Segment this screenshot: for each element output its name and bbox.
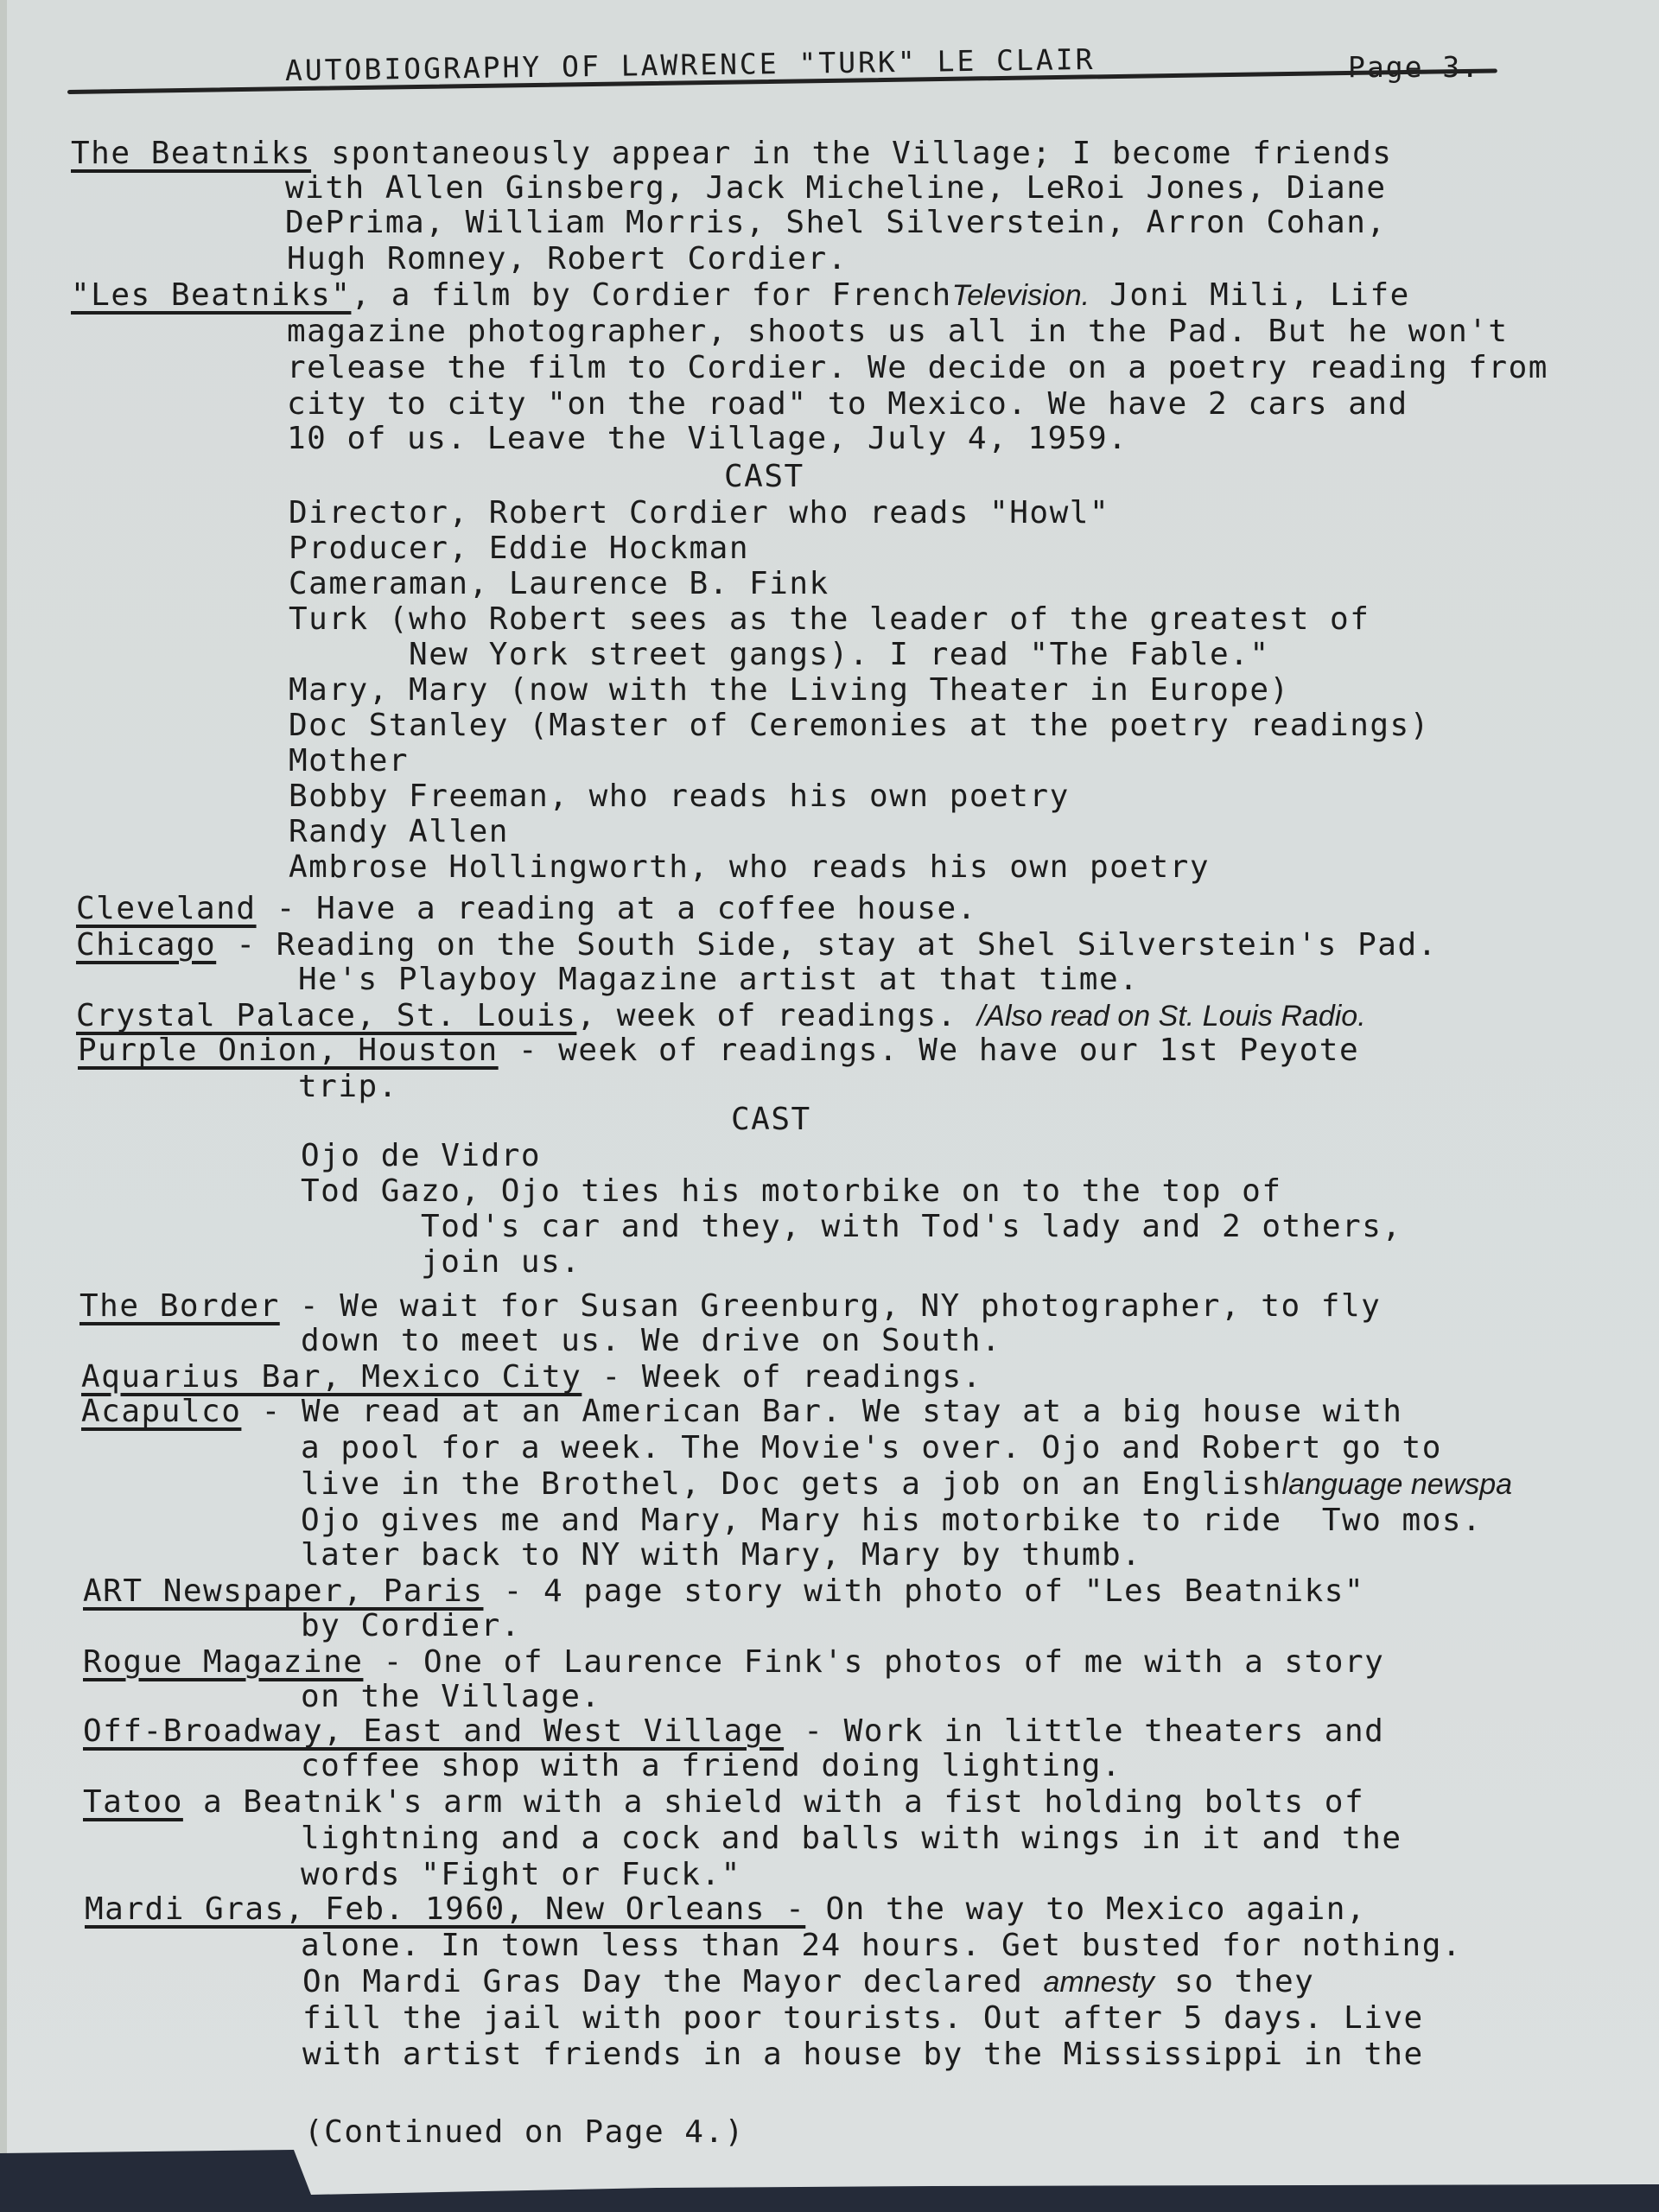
entry-paris: ART Newspaper, Paris - 4 page story with…: [83, 1574, 1364, 1609]
entry-cleveland: Cleveland - Have a reading at a coffee h…: [76, 892, 977, 926]
entry-les-beatniks: "Les Beatniks", a film by Cordier for Fr…: [71, 278, 1410, 313]
handwritten-insert: Television.: [952, 279, 1090, 312]
cast-member: Mother: [289, 744, 409, 779]
entry-mexico-city: Aquarius Bar, Mexico City - Week of read…: [81, 1360, 982, 1395]
cast-member: Turk (who Robert sees as the leader of t…: [289, 602, 1370, 637]
cast-member: Tod Gazo, Ojo ties his motorbike on to t…: [301, 1174, 1282, 1209]
handwritten-insert: amnesty: [1043, 1966, 1154, 1999]
entry-beatniks: The Beatniks spontaneously appear in the…: [71, 137, 1392, 171]
entry-rogue: Rogue Magazine - One of Laurence Fink's …: [83, 1645, 1384, 1680]
cast-member: Ojo de Vidro: [301, 1139, 541, 1173]
handwritten-insert: /Also read on St. Louis Radio.: [977, 1000, 1366, 1033]
page-edge: [0, 0, 7, 2212]
entry-houston: Purple Onion, Houston - week of readings…: [78, 1033, 1359, 1068]
cast-member: New York street gangs). I read "The Fabl…: [289, 638, 1270, 672]
entry-st-louis: Crystal Palace, St. Louis, week of readi…: [76, 999, 1366, 1033]
cast-member: Director, Robert Cordier who reads "Howl…: [289, 496, 1109, 531]
entry-heading: "Les Beatniks": [71, 277, 351, 313]
cast-member: join us.: [301, 1245, 581, 1280]
cast-member: Doc Stanley (Master of Ceremonies at the…: [289, 709, 1430, 743]
entry-heading: The Beatniks: [71, 136, 311, 171]
cast-heading: CAST: [731, 1103, 811, 1137]
cast-member: Producer, Eddie Hockman: [289, 531, 749, 566]
cast-member: Tod's car and they, with Tod's lady and …: [301, 1210, 1402, 1244]
entry-acapulco: Acapulco - We read at an American Bar. W…: [81, 1395, 1402, 1429]
cast-member: Cameraman, Laurence B. Fink: [289, 567, 829, 601]
page-number: Page 3.: [1348, 50, 1480, 85]
entry-border: The Border - We wait for Susan Greenburg…: [79, 1289, 1381, 1324]
continued-note: (Continued on Page 4.): [304, 2115, 745, 2150]
cast-member: Bobby Freeman, who reads his own poetry: [289, 779, 1070, 814]
entry-tatoo: Tatoo a Beatnik's arm with a shield with…: [83, 1785, 1364, 1820]
entry-chicago: Chicago - Reading on the South Side, sta…: [76, 928, 1438, 963]
cast-member: Ambrose Hollingworth, who reads his own …: [289, 850, 1210, 885]
cast-member: Randy Allen: [289, 815, 509, 849]
handwritten-insert: language newspa: [1282, 1468, 1513, 1501]
cast-member: Mary, Mary (now with the Living Theater …: [289, 673, 1290, 708]
entry-mardi-gras: Mardi Gras, Feb. 1960, New Orleans - On …: [85, 1892, 1366, 1927]
cast-heading: CAST: [724, 460, 804, 494]
entry-off-broadway: Off-Broadway, East and West Village - Wo…: [83, 1714, 1384, 1749]
